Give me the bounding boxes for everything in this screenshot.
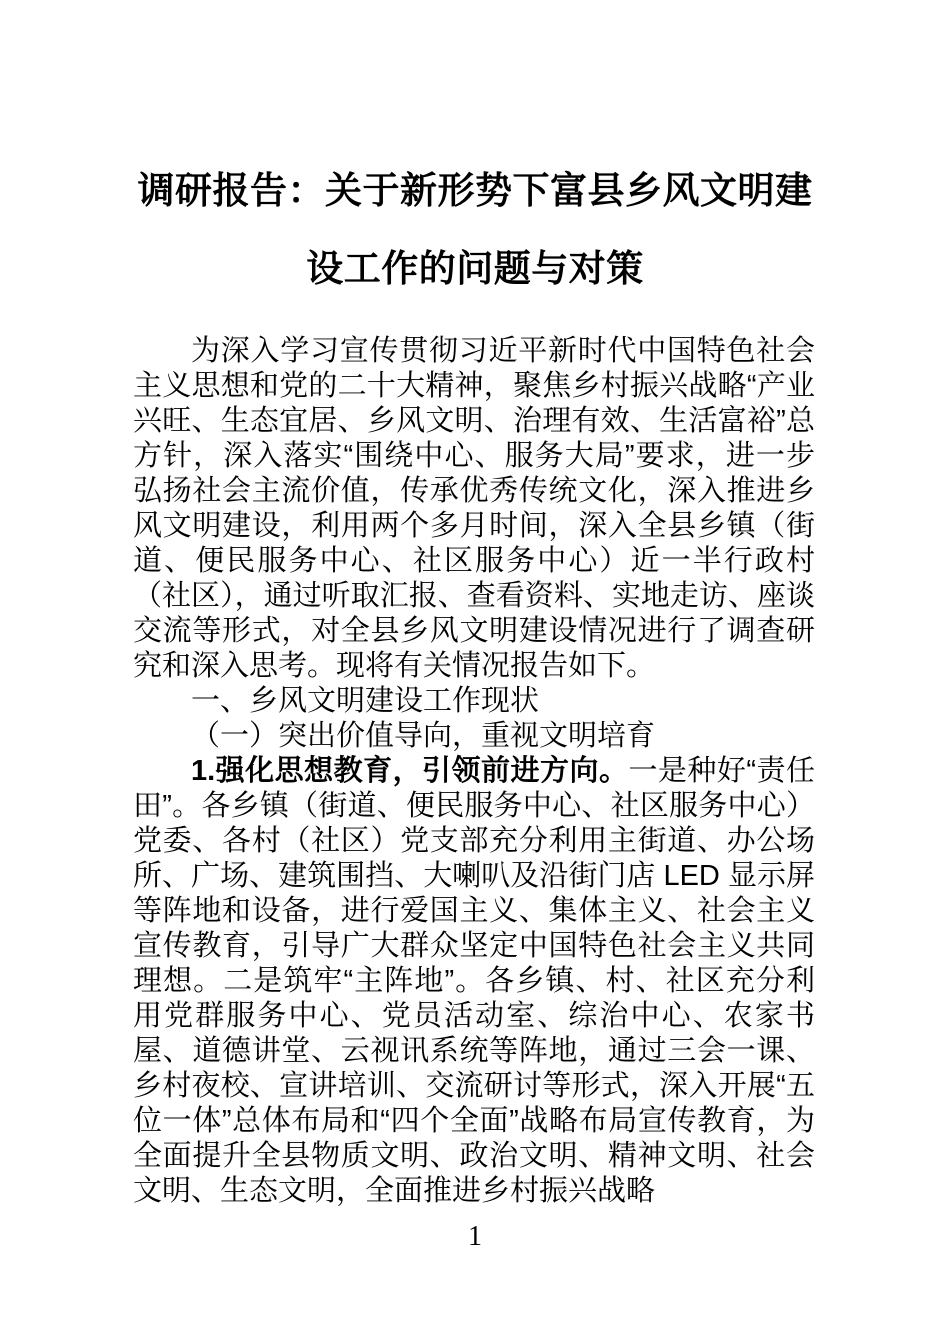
page-number: 1 bbox=[0, 1221, 950, 1253]
section-heading-1: 一、乡风文明建设工作现状 bbox=[133, 684, 815, 719]
text-run: （一）突出价值导向，重视文明培育 bbox=[191, 720, 655, 752]
subsection-heading-1-1: （一）突出价值导向，重视文明培育 bbox=[133, 719, 815, 754]
text-run: 一、乡风文明建设工作现状 bbox=[191, 685, 539, 717]
text-run: 一是种好“责任田”。各乡镇（街道、便民服务中心、社区服务中心）党委、各村（社区）… bbox=[133, 755, 815, 1207]
document-body: 为深入学习宣传贯彻习近平新时代中国特色社会主义思想和党的二十大精神，聚焦乡村振兴… bbox=[133, 334, 815, 1209]
intro-paragraph: 为深入学习宣传贯彻习近平新时代中国特色社会主义思想和党的二十大精神，聚焦乡村振兴… bbox=[133, 334, 815, 684]
title-line-2: 设工作的问题与对策 bbox=[130, 230, 820, 308]
title-line-1: 调研报告：关于新形势下富县乡风文明建 bbox=[130, 152, 820, 230]
bold-lead-run: 1.强化思想教育，引领前进方向。 bbox=[191, 755, 628, 787]
document-page: 调研报告：关于新形势下富县乡风文明建 设工作的问题与对策 为深入学习宣传贯彻习近… bbox=[0, 0, 950, 1344]
document-title: 调研报告：关于新形势下富县乡风文明建 设工作的问题与对策 bbox=[130, 152, 820, 308]
text-run: 为深入学习宣传贯彻习近平新时代中国特色社会主义思想和党的二十大精神，聚焦乡村振兴… bbox=[133, 335, 815, 682]
point-1-paragraph: 1.强化思想教育，引领前进方向。一是种好“责任田”。各乡镇（街道、便民服务中心、… bbox=[133, 754, 815, 1209]
